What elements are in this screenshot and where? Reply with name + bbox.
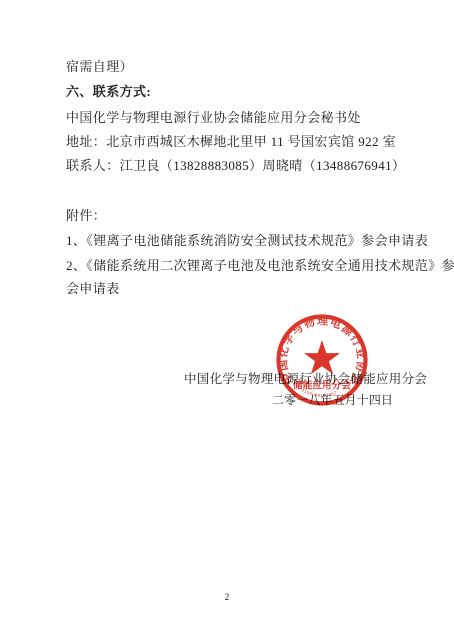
stamp-star-icon [304,340,340,374]
page-number: 2 [0,592,454,602]
section-heading-contact: 六、联系方式: [66,81,151,100]
closing-fragment-line: 宿需自理） [66,56,133,75]
stamp-bottom-text: 储能应用分会 [293,379,351,392]
attachments-label: 附件： [66,205,106,224]
attachment-item-2-line-1: 2、《储能系统用二次锂离子电池及电池系统安全通用技术规范》参 [66,255,454,274]
secretariat-line: 中国化学与物理电源行业协会储能应用分会秘书处 [66,107,361,126]
document-page: 宿需自理） 六、联系方式: 中国化学与物理电源行业协会储能应用分会秘书处 地址：… [0,0,454,641]
attachment-item-1: 1、《锂离子电池储能系统消防安全测试技术规范》参会申请表 [66,230,428,249]
contacts-line: 联系人：江卫良（13828883085）周晓晴（13488676941） [66,155,405,174]
official-seal-stamp: 中国化学与物理电源行业协会 储能应用分会 1100048129867 [274,312,370,408]
address-line: 地址：北京市西城区木樨地北里甲 11 号国宏宾馆 922 室 [66,131,396,150]
attachment-item-2-line-2: 会申请表 [66,278,120,297]
